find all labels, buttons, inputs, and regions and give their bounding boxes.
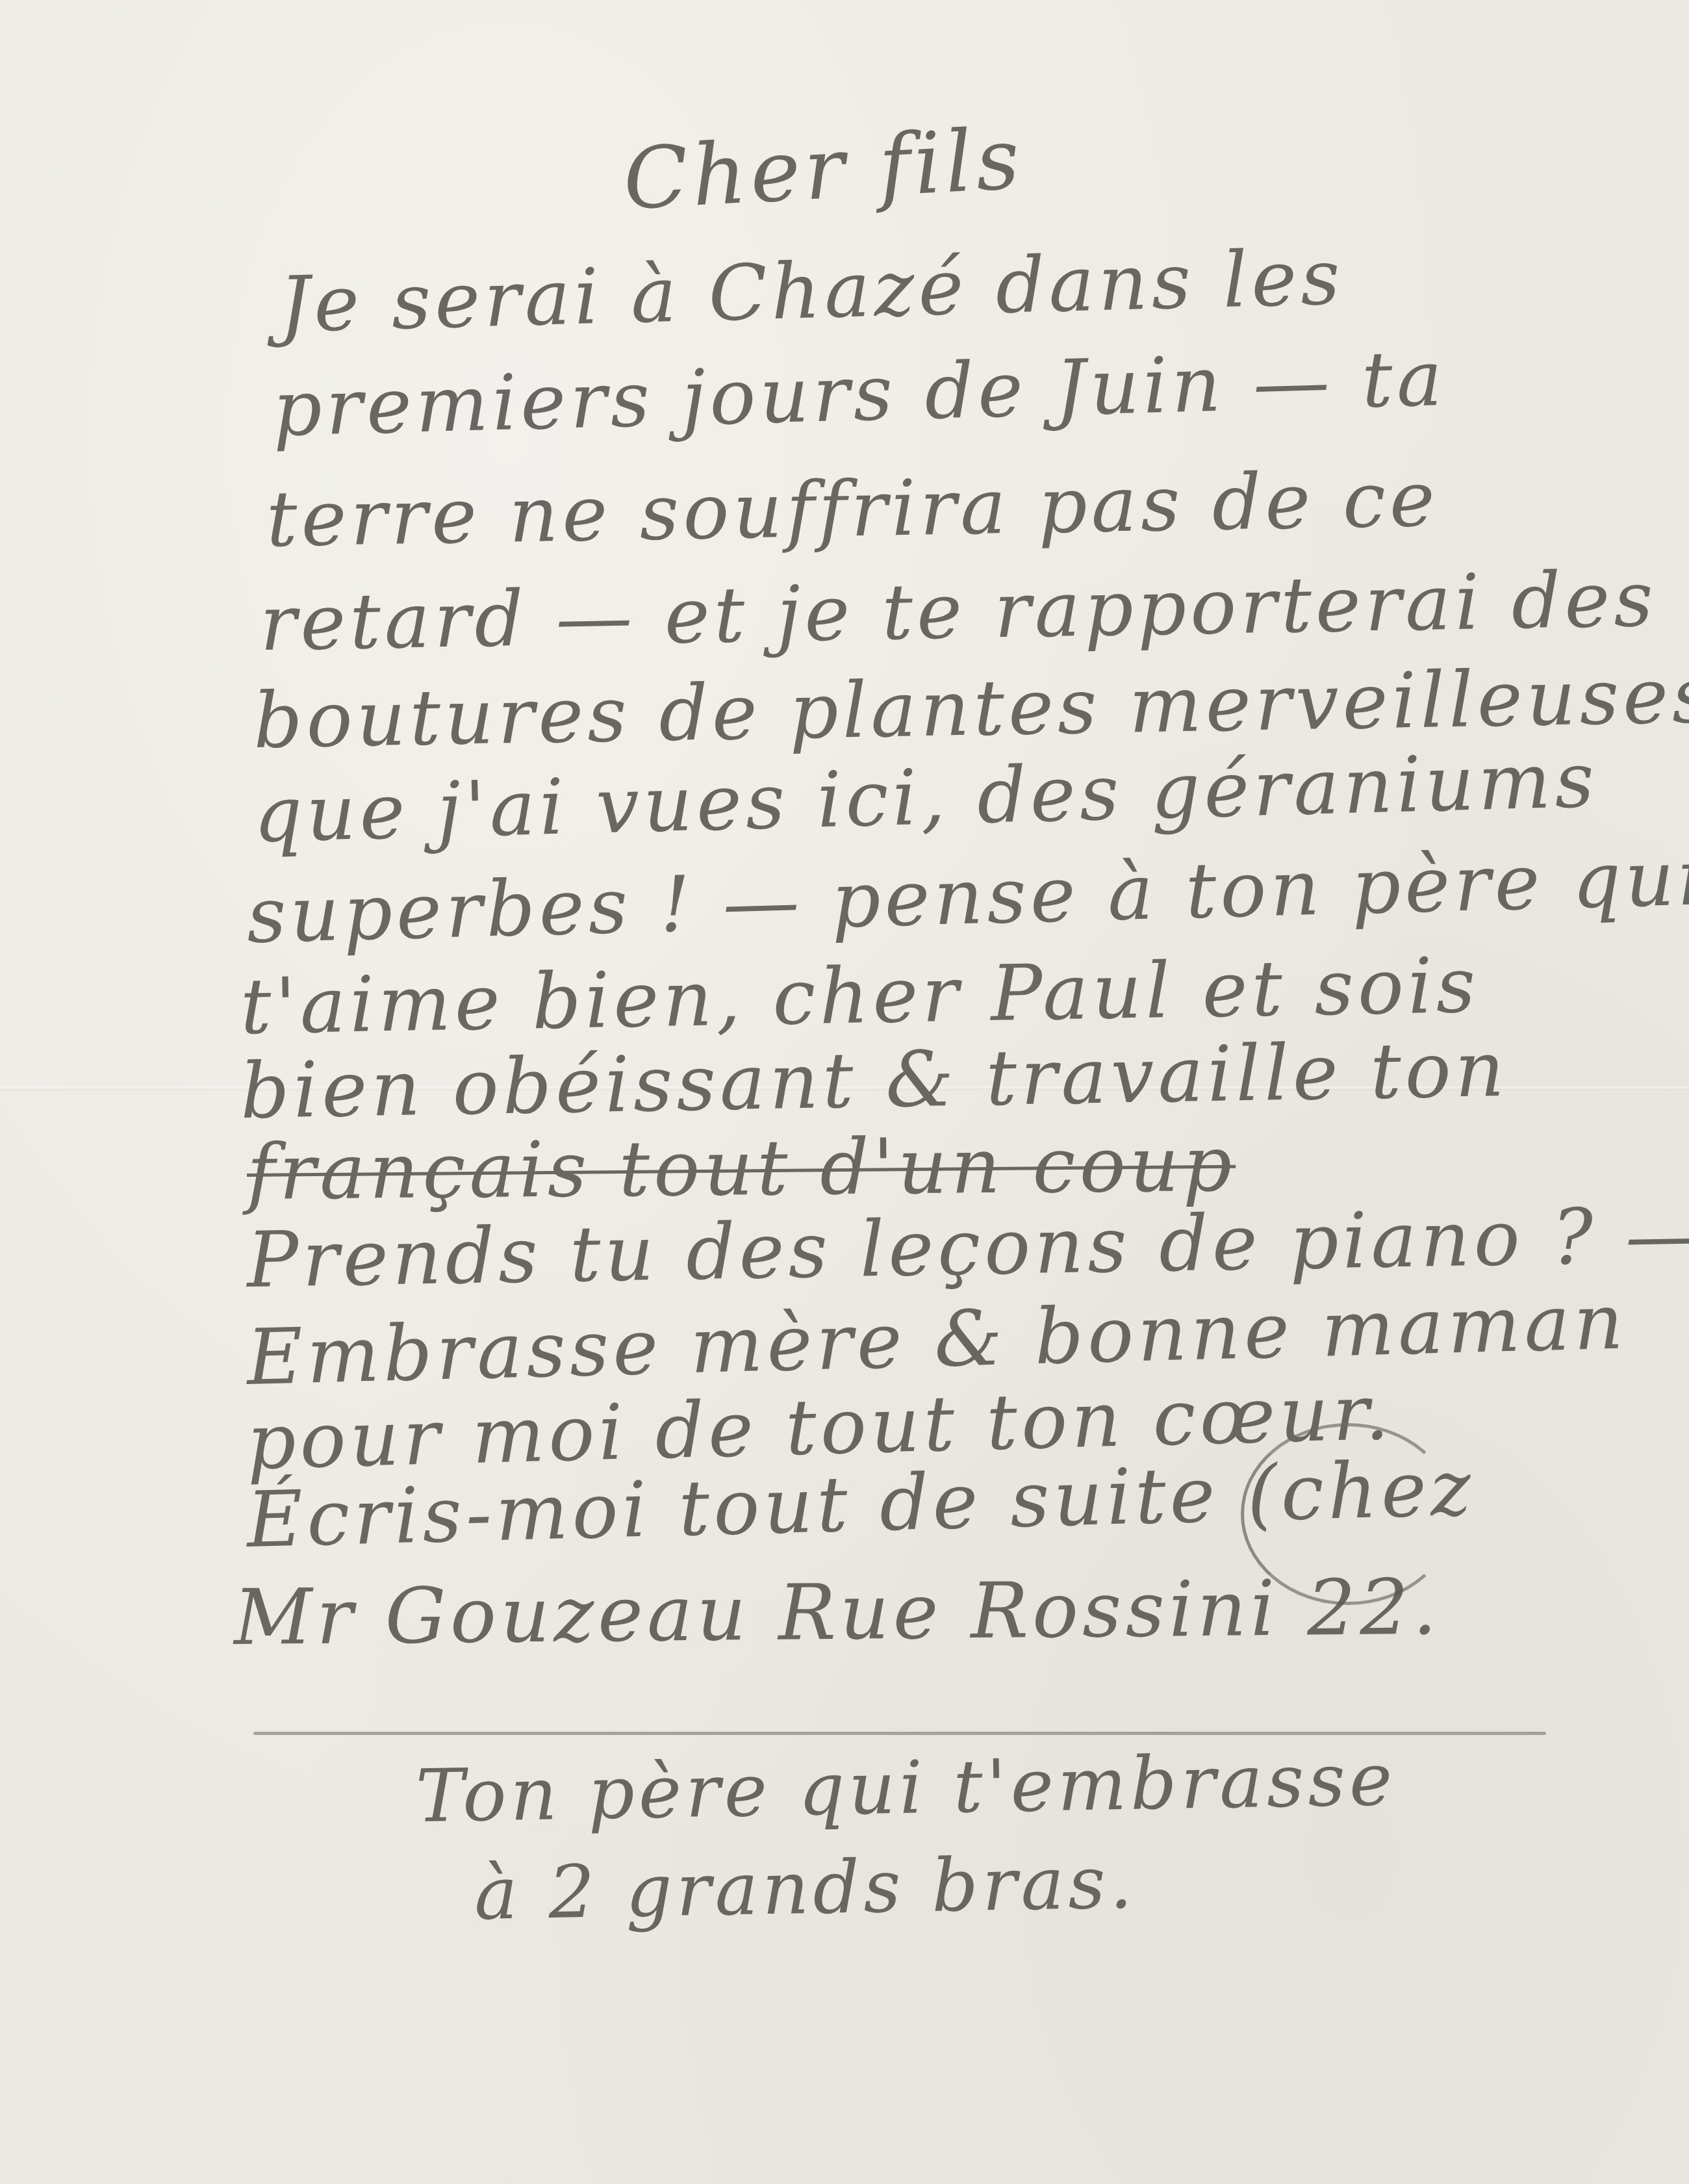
closing-line-1: Ton père qui t'embrasse (415, 1738, 1397, 1839)
salutation: Cher fils (621, 109, 1026, 229)
signature-divider-line (253, 1732, 1546, 1735)
closing-line-2: à 2 grands bras. (474, 1840, 1137, 1936)
letter-line-15: Mr Gouzeau Rue Rossini 22. (233, 1562, 1441, 1662)
